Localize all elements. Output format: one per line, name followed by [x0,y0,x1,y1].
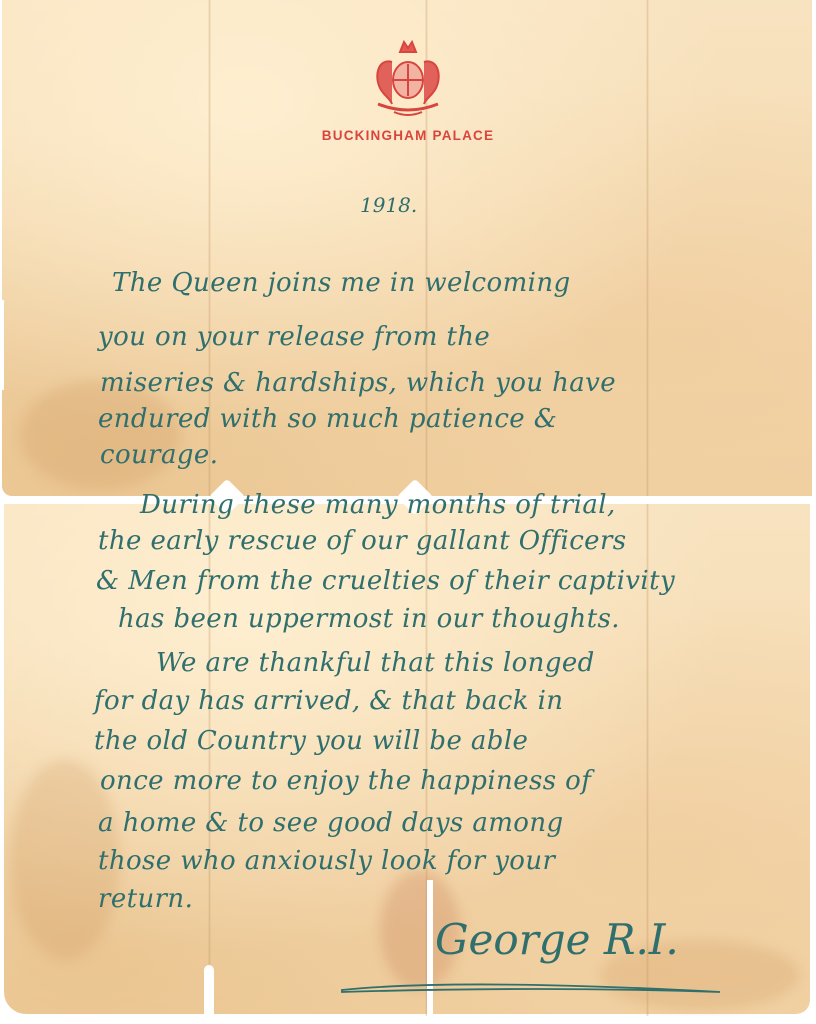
body-line: return. [98,884,193,914]
body-line: The Queen joins me in welcoming [112,268,571,298]
body-line: the old Country you will be able [94,726,528,756]
body-line: We are thankful that this longed [156,648,595,678]
body-line: & Men from the cruelties of their captiv… [96,566,675,596]
body-line: you on your release from the [98,322,490,352]
body-line: courage. [100,440,218,470]
body-line: for day has arrived, & that back in [94,686,563,716]
body-line: miseries & hardships, which you have [100,368,616,398]
vertical-fold [646,0,649,1020]
letter-date: 1918. [360,193,417,217]
body-line: once more to enjoy the happiness of [100,766,591,796]
body-line: those who anxiously look for your [98,846,555,876]
signature-flourish [340,978,730,1000]
body-line: During these many months of trial, [140,490,616,520]
letterhead-title: BUCKINGHAM PALACE [0,128,816,143]
signature: George R.I. [435,915,679,964]
royal-coat-of-arms-icon [368,38,448,120]
paper-edge-tear [0,300,4,390]
paper-edge [812,0,816,1024]
body-line: endured with so much patience & [98,404,557,434]
letter-sheet: BUCKINGHAM PALACE 1918. The Queen joins … [0,0,812,1020]
paper-edge [0,1016,816,1024]
body-line: a home & to see good days among [98,808,564,838]
body-line: has been uppermost in our thoughts. [118,604,620,634]
body-line: the early rescue of our gallant Officers [98,526,627,556]
paper-tear [427,880,433,1024]
